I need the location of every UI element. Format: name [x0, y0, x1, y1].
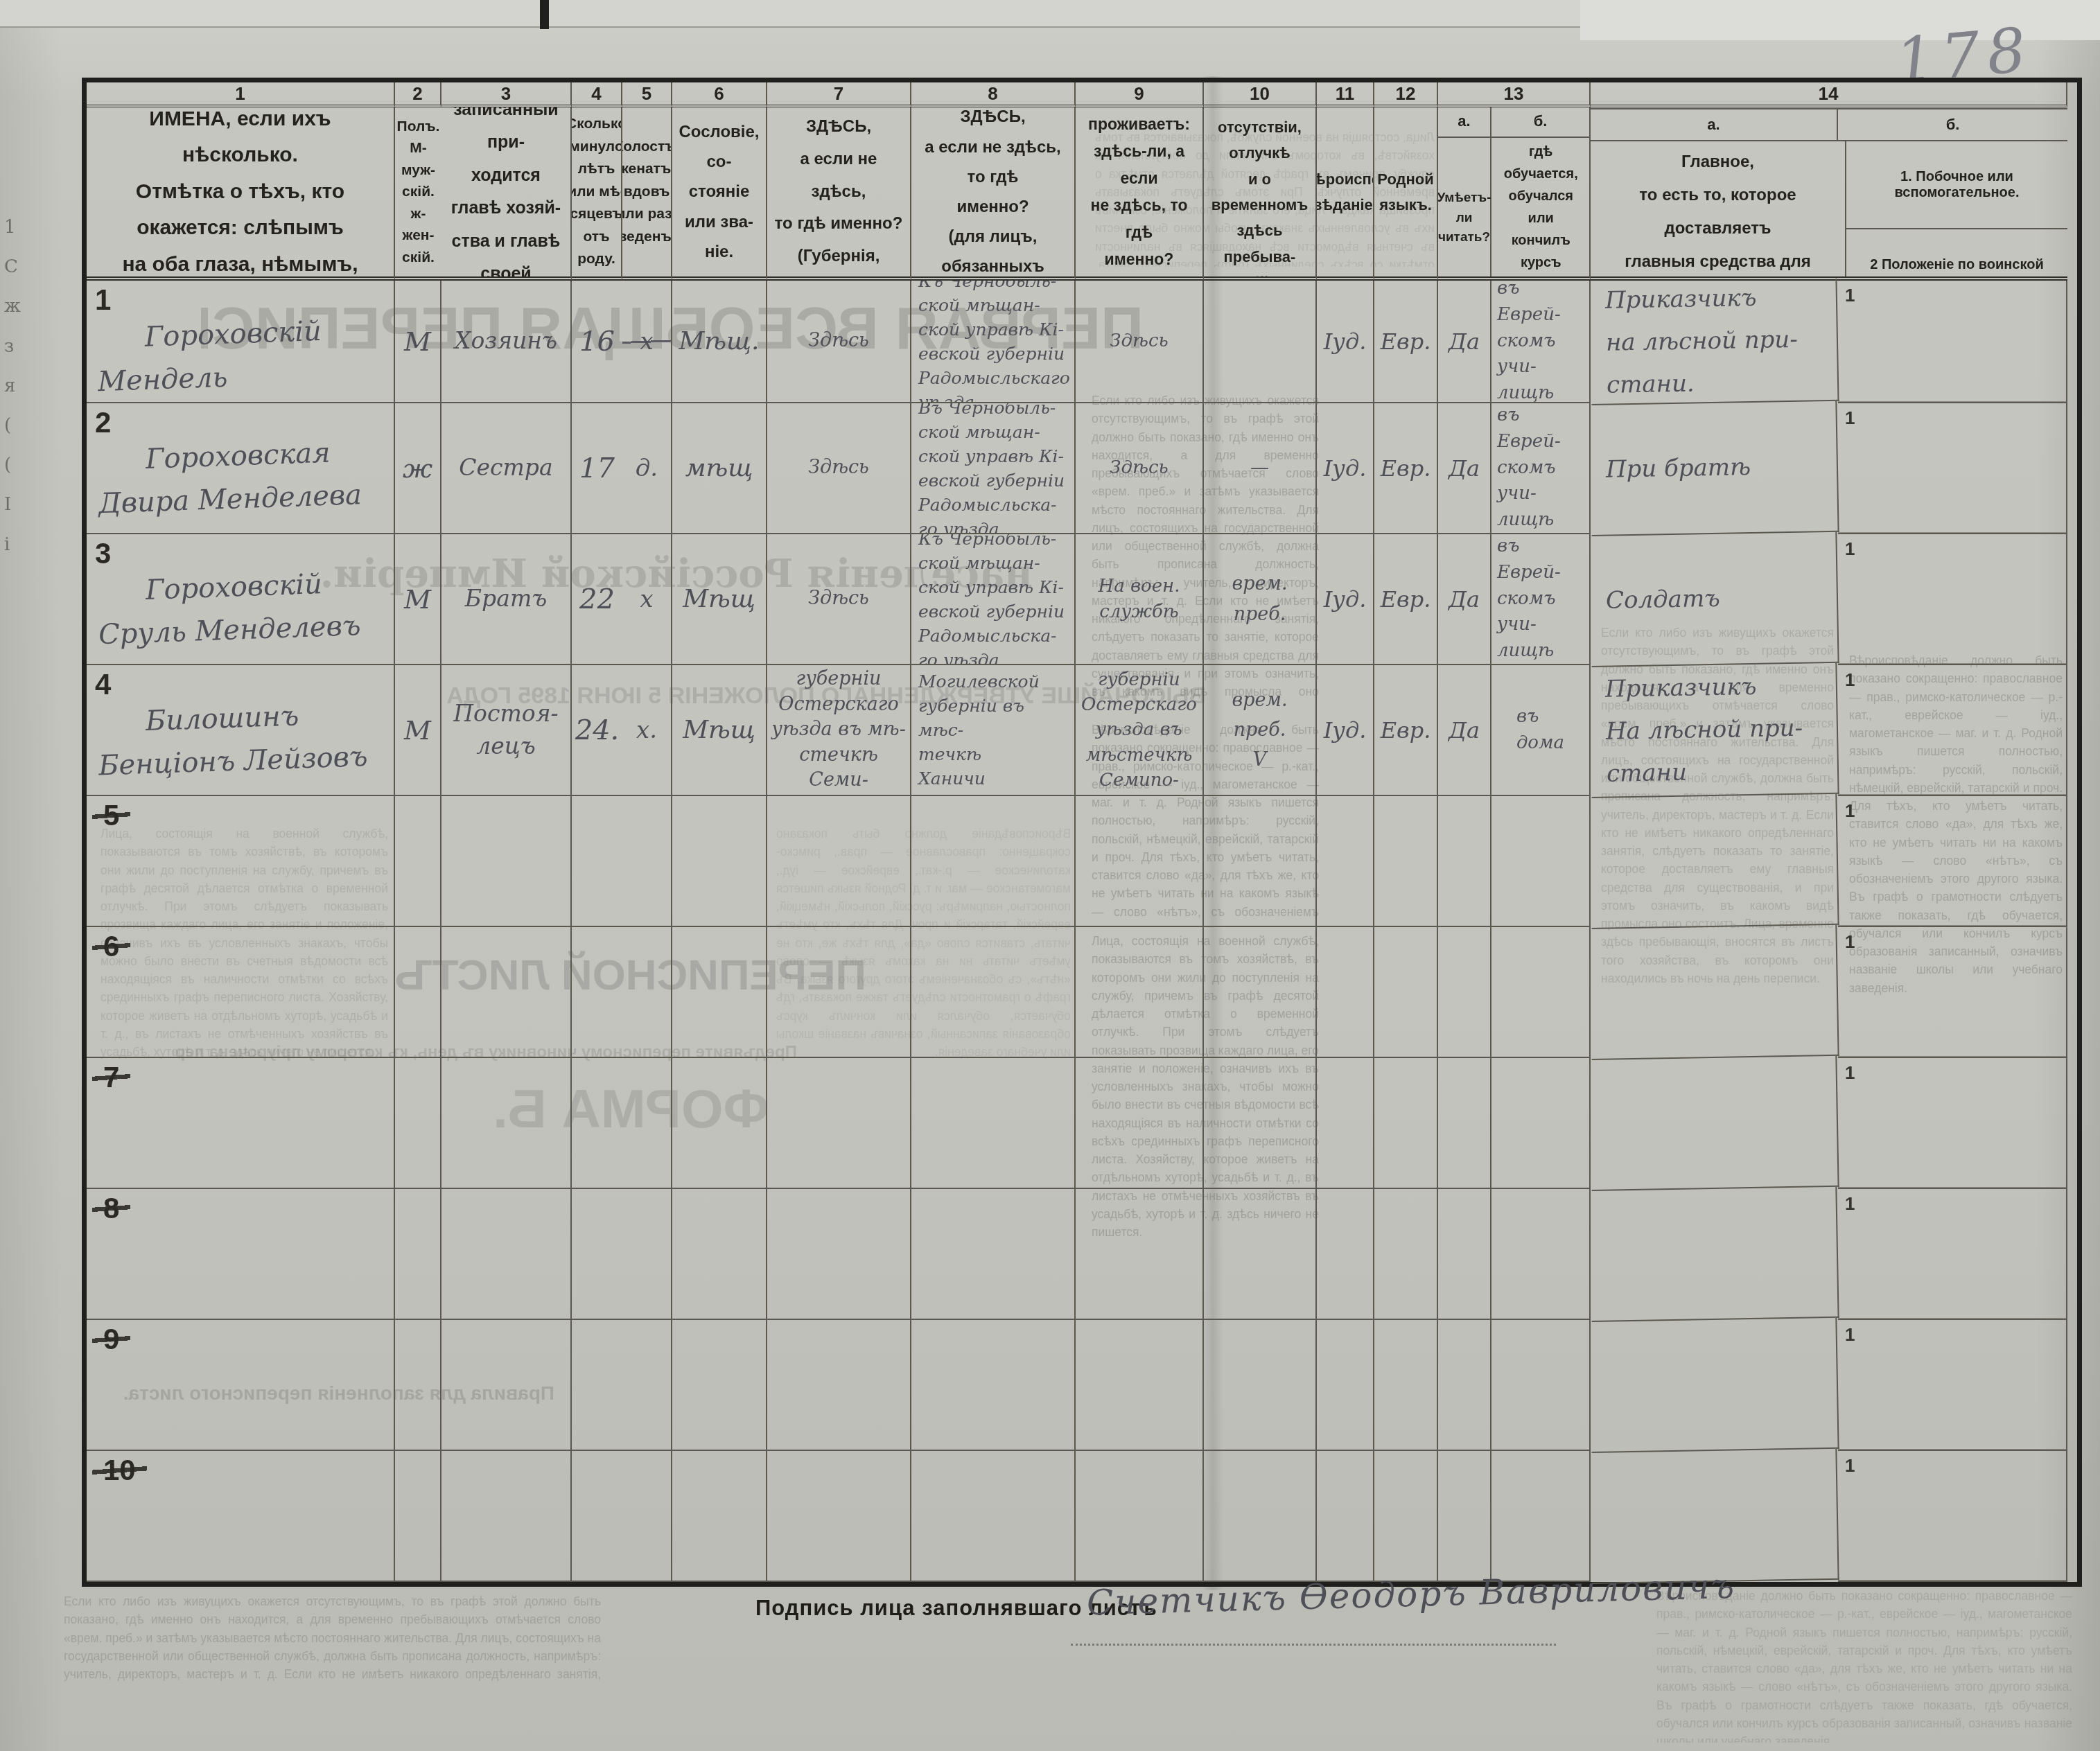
cell-language [1374, 1058, 1438, 1189]
subcell-side-occupation: 1 [1838, 1320, 2066, 1450]
cell-estate: мѣщ [672, 403, 767, 534]
header-residence: Гдѣ обыкновенно проживаетъ: здѣсь-ли, а … [1076, 107, 1204, 281]
cell-occupation-secondary: 1 2 [1838, 281, 2067, 403]
entry-age: 16 [579, 326, 615, 358]
column-number: 13 [1438, 82, 1591, 107]
cell-marital [622, 1451, 672, 1582]
cell-sex [395, 1451, 441, 1582]
cell-occupation-secondary: 1 2 [1838, 1189, 2067, 1320]
entry-education: въ дома [1516, 704, 1564, 756]
cell-sex [395, 796, 441, 927]
cell-residence [1076, 796, 1204, 927]
cell-absence: врем. преб. V [1204, 665, 1317, 796]
cell-education [1491, 1058, 1591, 1189]
cell-relation [441, 927, 572, 1058]
entry-name: Гороховскій Сруль Менделевъ [87, 561, 362, 657]
cell-registration [911, 1189, 1076, 1320]
entry-estate: Мѣщ [683, 716, 755, 744]
cell-registration [911, 1058, 1076, 1189]
column-number: 11 [1317, 82, 1374, 107]
census-sheet-scan: { "page": { "number": "178" }, "margin_t… [0, 0, 2100, 1751]
entry-registration: Къ Чернобыль- ской мѣщан- ской управѣ Кі… [918, 534, 1065, 665]
subcell-number-1: 1 [1845, 1324, 1855, 1346]
cell-age: 24. [572, 665, 622, 796]
cell-estate: Мѣщ. [672, 281, 767, 403]
cell-relation: Постоя- лецъ [441, 665, 572, 796]
entry-estate: мѣщ [685, 454, 753, 482]
header-age: Сколько минуло лѣтъ или мѣ- сяцевъ отъ р… [572, 107, 622, 281]
header-military-status: 2 Положеніе по воинской повинности. [1846, 229, 2067, 281]
cell-residence: На воен. службѣ [1076, 534, 1204, 665]
entry-age: 17 [579, 452, 615, 484]
entry-sex: М [404, 326, 431, 357]
subcell-number-1: 1 [1845, 538, 1855, 560]
entry-sex: М [404, 715, 431, 746]
cell-language [1374, 1320, 1438, 1451]
cell-relation [441, 1451, 572, 1582]
entry-language: Евр. [1381, 717, 1431, 743]
cell-absence [1204, 281, 1317, 403]
cell-residence [1076, 1451, 1204, 1582]
cell-age [572, 1189, 622, 1320]
cell-name: 4 Билошинъ Бенціонъ Лейзовъ [87, 665, 395, 796]
cell-name: 5 [87, 796, 395, 927]
entry-age: 22 [579, 583, 615, 615]
cell-residence [1076, 1058, 1204, 1189]
subcell-number-1: 1 [1845, 1062, 1855, 1084]
cell-marital: х. [622, 665, 672, 796]
column-number: 7 [767, 82, 911, 107]
cell-absence [1204, 927, 1317, 1058]
cell-name: 10 [87, 1451, 395, 1582]
header-literacy-a-label: а. [1438, 107, 1491, 137]
entry-birthplace: Черниговской губерніи Остерскаго уѣзда в… [767, 665, 910, 796]
subcell-number-1: 1 [1845, 1193, 1855, 1215]
cell-religion [1317, 1058, 1374, 1189]
header-occupation-a-label: а. [1591, 109, 1838, 140]
cell-name: 9 [87, 1320, 395, 1451]
header-relation: Какъ записанный при- ходится главѣ хозяй… [441, 107, 572, 281]
header-estate: Сословіе, со- стояніе или зва- ніе. [672, 107, 767, 281]
cell-age [572, 796, 622, 927]
cell-marital: х [622, 281, 672, 403]
cell-age: 17 [572, 403, 622, 534]
row-number: 6 [92, 930, 130, 963]
entry-can-read: Да [1449, 455, 1480, 482]
cell-birthplace [767, 1058, 911, 1189]
header-can-read: Умѣетъ- ли читать? [1438, 138, 1491, 281]
cell-estate [672, 1189, 767, 1320]
entry-language: Евр. [1381, 328, 1431, 355]
row-number: 1 [95, 283, 111, 317]
cell-name: 1 Гороховскій Мендель Менделевъ [87, 281, 395, 403]
cell-sex: М [395, 665, 441, 796]
cell-occupation [1589, 925, 1839, 1060]
row-number: 5 [92, 799, 130, 832]
header-education: гдѣ обучается, обучался или кончилъ курс… [1491, 138, 1591, 281]
entry-occupation: Приказчикъ на лѣсной при- стани. [1604, 279, 1799, 405]
cell-registration [911, 1320, 1076, 1451]
cell-age [572, 1451, 622, 1582]
cell-can-read [1438, 1189, 1491, 1320]
entry-sex: ж [403, 453, 432, 484]
cell-relation: Сестра [441, 403, 572, 534]
cell-absence [1204, 1189, 1317, 1320]
cell-occupation-secondary: 1 2 [1838, 665, 2067, 796]
subcell-side-occupation: 1 [1838, 927, 2066, 1057]
subcell-side-occupation: 1 [1838, 534, 2066, 664]
subcell-side-occupation: 1 [1838, 796, 2066, 926]
cell-occupation-secondary: 1 2 [1838, 534, 2067, 665]
cell-birthplace [767, 1320, 911, 1451]
entry-religion: Іуд. [1324, 586, 1367, 613]
entry-name: Гороховскій Мендель Менделевъ [87, 307, 395, 403]
cell-occupation: Приказчикъ на лѣсной при- стани. [1589, 279, 1839, 405]
cell-occupation-secondary: 1 2 [1838, 1320, 2067, 1451]
row-number: 9 [92, 1323, 130, 1356]
cell-residence: Здѣсь [1076, 403, 1204, 534]
cell-occupation-secondary: 1 2 [1838, 796, 2067, 927]
entry-marital: х. [636, 716, 657, 744]
cell-sex: М [395, 534, 441, 665]
cell-sex [395, 1058, 441, 1189]
entry-registration: Въ Чернобыль- ской мѣщан- ской управѣ Кі… [918, 403, 1065, 534]
cell-language: Евр. [1374, 534, 1438, 665]
cell-can-read [1438, 1058, 1491, 1189]
cell-marital [622, 927, 672, 1058]
cell-age [572, 1320, 622, 1451]
cell-can-read: Да [1438, 665, 1491, 796]
cell-residence: Здѣсь [1076, 281, 1204, 403]
header-name: ФАМИЛІЯ, (прозвище), ИМЯ и ОТЧЕСТВО или … [87, 107, 395, 281]
entry-relation: Постоя- лецъ [453, 698, 558, 762]
entry-education: въ Еврей- скомъ учи- лищѣ [1497, 534, 1584, 665]
cell-absence: врем. преб. [1204, 534, 1317, 665]
header-literacy-sublabels: а. б. [1438, 107, 1589, 138]
entry-can-read: Да [1449, 586, 1480, 613]
cell-sex: М [395, 281, 441, 403]
cell-occupation-secondary: 1 2 [1838, 1058, 2067, 1189]
header-language: Родной языкъ. [1374, 107, 1438, 281]
cell-language [1374, 1189, 1438, 1320]
header-birthplace: Родился-ли ЗДѢСЬ, а если не здѣсь, то гд… [767, 107, 911, 281]
cell-relation [441, 1058, 572, 1189]
cell-language: Евр. [1374, 403, 1438, 534]
cell-language: Евр. [1374, 281, 1438, 403]
cell-name: 6 [87, 927, 395, 1058]
cell-name: 2 Гороховская Двира Менделева [87, 403, 395, 534]
entry-age: 24. [575, 714, 620, 746]
cell-relation [441, 1320, 572, 1451]
census-table: 1 2 3 4 5 6 7 8 9 10 11 12 13 14 ФАМИЛІЯ… [82, 78, 2082, 1587]
cell-sex [395, 1320, 441, 1451]
cell-birthplace [767, 927, 911, 1058]
entry-language: Евр. [1381, 455, 1431, 482]
subcell-side-occupation: 1 [1838, 1451, 2066, 1581]
cell-education: въ Еврей- скомъ учи- лищѣ [1491, 534, 1591, 665]
entry-birthplace: Здѣсь [808, 586, 869, 611]
entry-relation: Братъ [465, 583, 547, 615]
entry-religion: Іуд. [1324, 455, 1367, 482]
cell-residence [1076, 927, 1204, 1058]
header-occupation-side: 1. Побочное или вспомогательное. [1846, 141, 2067, 229]
cell-name: 7 [87, 1058, 395, 1189]
subcell-number-1: 1 [1845, 285, 1855, 306]
cell-marital: х [622, 534, 672, 665]
entry-occupation: При братѣ [1605, 446, 1751, 491]
census-table-grid: 1 2 3 4 5 6 7 8 9 10 11 12 13 14 ФАМИЛІЯ… [87, 82, 2067, 1582]
entry-relation: Хозяинъ [455, 325, 557, 357]
cell-birthplace: Черниговской губерніи Остерскаго уѣзда в… [767, 665, 911, 796]
cell-occupation [1589, 1449, 1839, 1584]
column-number: 5 [622, 82, 672, 107]
entry-marital: д. [636, 455, 658, 482]
cell-can-read [1438, 1320, 1491, 1451]
entry-birthplace: Здѣсь [808, 328, 869, 353]
entry-sex: М [404, 584, 431, 615]
cell-age: 16 [572, 281, 622, 403]
cell-religion [1317, 1320, 1374, 1451]
cell-language [1374, 796, 1438, 927]
cell-registration [911, 1451, 1076, 1582]
cell-birthplace [767, 796, 911, 927]
left-margin-glyphs: 1 С ж з я ( ( І і [4, 208, 36, 565]
cell-can-read: Да [1438, 403, 1491, 534]
entry-religion: Іуд. [1324, 328, 1367, 355]
cell-estate [672, 927, 767, 1058]
cell-estate: Мѣщ [672, 534, 767, 665]
cell-estate [672, 1058, 767, 1189]
cell-name: 3 Гороховскій Сруль Менделевъ [87, 534, 395, 665]
cell-marital [622, 1189, 672, 1320]
cell-occupation: Солдатъ [1589, 532, 1839, 667]
row-number: 4 [95, 668, 111, 701]
cell-can-read [1438, 1451, 1491, 1582]
cell-marital [622, 1058, 672, 1189]
header-religion: Вѣроиспо- вѣданіе. [1317, 107, 1374, 281]
row-number: 8 [92, 1192, 130, 1225]
cell-religion [1317, 927, 1374, 1058]
cell-occupation-secondary: 1 2 [1838, 1451, 2067, 1582]
cell-occupation [1589, 1187, 1839, 1322]
entry-religion: Іуд. [1324, 717, 1367, 743]
entry-residence: Здѣсь [1110, 328, 1168, 353]
subcell-side-occupation: 1 [1838, 281, 2066, 402]
column-number: 6 [672, 82, 767, 107]
cell-registration: Въ Чернобыль- ской мѣщан- ской управѣ Кі… [911, 403, 1076, 534]
row-number: 2 [95, 406, 111, 439]
cell-relation: Братъ [441, 534, 572, 665]
cell-birthplace: Здѣсь [767, 403, 911, 534]
header-marital: Холостъ, женатъ, вдовъ или раз- веденъ. [622, 107, 672, 281]
entry-absence: — [1250, 453, 1269, 483]
header-occupation-secondary: 1. Побочное или вспомогательное. 2 Полож… [1846, 141, 2067, 281]
header-occupation-main: Главное, то есть то, которое доставляетъ… [1591, 141, 1846, 281]
cell-marital [622, 1320, 672, 1451]
cell-religion: Іуд. [1317, 281, 1374, 403]
column-number: 9 [1076, 82, 1204, 107]
column-number: 14 [1591, 82, 2067, 107]
cell-education [1491, 927, 1591, 1058]
cell-absence: — [1204, 403, 1317, 534]
entry-name: Гороховская Двира Менделева [87, 430, 362, 526]
entry-registration: Къ Чернобыль- ской мѣщан- ской управѣ Кі… [918, 281, 1070, 403]
entry-education: въ Еврей- скомъ учи- лищѣ [1497, 281, 1584, 403]
cell-birthplace: Здѣсь [767, 281, 911, 403]
header-registration: Приписанъ-ли ЗДѢСЬ, а если не здѣсь, то … [911, 107, 1076, 281]
column-number: 4 [572, 82, 622, 107]
cell-religion [1317, 1451, 1374, 1582]
cell-education [1491, 796, 1591, 927]
cell-estate: Мѣщ [672, 665, 767, 796]
cell-occupation-secondary: 1 2 [1838, 927, 2067, 1058]
cell-religion: Іуд. [1317, 534, 1374, 665]
cell-sex: ж [395, 403, 441, 534]
cell-registration: Могилевской губерніи въ мѣс- течкѣ Ханич… [911, 665, 1076, 796]
column-number: 8 [911, 82, 1076, 107]
cell-can-read [1438, 927, 1491, 1058]
cell-language [1374, 927, 1438, 1058]
entry-estate: Мѣщ [683, 585, 755, 613]
cell-registration [911, 927, 1076, 1058]
entry-can-read: Да [1449, 328, 1480, 355]
column-number: 1 [87, 82, 395, 107]
cell-relation [441, 796, 572, 927]
cell-residence [1076, 1320, 1204, 1451]
subcell-number-1: 1 [1845, 931, 1855, 953]
header-occupation-body: Главное, то есть то, которое доставляетъ… [1591, 141, 2067, 281]
column-number: 3 [441, 82, 572, 107]
cell-residence: Черниговск. губерніи Остерскаго уѣзда въ… [1076, 665, 1204, 796]
cell-registration: Къ Чернобыль- ской мѣщан- ской управѣ Кі… [911, 534, 1076, 665]
cell-religion: Іуд. [1317, 665, 1374, 796]
header-literacy-b-label: б. [1491, 107, 1589, 137]
cell-education [1491, 1189, 1591, 1320]
cell-occupation [1589, 1056, 1839, 1191]
cell-age [572, 1058, 622, 1189]
entry-registration: Могилевской губерніи въ мѣс- течкѣ Ханич… [918, 669, 1067, 791]
cell-absence [1204, 1058, 1317, 1189]
cell-absence [1204, 1320, 1317, 1451]
entry-residence: Здѣсь [1110, 455, 1168, 480]
entry-marital: х [622, 328, 672, 355]
cell-education: въ Еврей- скомъ учи- лищѣ [1491, 403, 1591, 534]
column-number: 10 [1204, 82, 1317, 107]
cell-sex [395, 1189, 441, 1320]
subcell-number-1: 1 [1845, 800, 1855, 822]
entry-relation: Сестра [459, 452, 552, 484]
cell-estate [672, 1451, 767, 1582]
cell-language: Евр. [1374, 665, 1438, 796]
cell-occupation-secondary: 1 2 [1838, 403, 2067, 534]
entry-can-read: Да [1449, 717, 1480, 743]
cell-birthplace [767, 1451, 911, 1582]
binding-mark [540, 0, 549, 29]
cell-marital: д. [622, 403, 672, 534]
cell-registration [911, 796, 1076, 927]
cell-occupation: При братѣ [1589, 401, 1839, 536]
row-number: 10 [92, 1454, 147, 1487]
cell-religion [1317, 796, 1374, 927]
cell-registration: Къ Чернобыль- ской мѣщан- ской управѣ Кі… [911, 281, 1076, 403]
cell-education: въ Еврей- скомъ учи- лищѣ [1491, 281, 1591, 403]
subcell-side-occupation: 1 [1838, 1189, 2066, 1319]
subcell-number-1: 1 [1845, 669, 1855, 691]
cell-can-read: Да [1438, 281, 1491, 403]
bleedthrough-text-block: Вѣроисповѣданіе должно быть показано сок… [1656, 1587, 2072, 1743]
subcell-number-1: 1 [1845, 1455, 1855, 1477]
cell-relation: Хозяинъ [441, 281, 572, 403]
entry-education: въ Еврей- скомъ учи- лищѣ [1497, 403, 1584, 534]
entry-name: Билошинъ Бенціонъ Лейзовъ [87, 692, 369, 788]
cell-religion: Іуд. [1317, 403, 1374, 534]
row-number: 7 [92, 1061, 130, 1094]
entry-absence: врем. преб. V [1204, 685, 1315, 775]
cell-education [1491, 1451, 1591, 1582]
cell-can-read: Да [1438, 534, 1491, 665]
cell-age: 22 [572, 534, 622, 665]
entry-residence: Черниговск. губерніи Остерскаго уѣзда въ… [1080, 665, 1197, 796]
cell-birthplace [767, 1189, 911, 1320]
entry-estate: Мѣщ. [679, 327, 759, 355]
cell-estate [672, 1320, 767, 1451]
cell-can-read [1438, 796, 1491, 927]
bleedthrough-text-block: Если кто либо изъ живущихъ окажется отсу… [64, 1592, 601, 1686]
cell-birthplace: Здѣсь [767, 534, 911, 665]
cell-estate [672, 796, 767, 927]
cell-religion [1317, 1189, 1374, 1320]
cell-absence [1204, 1451, 1317, 1582]
entry-absence: врем. преб. [1204, 569, 1315, 628]
cell-education [1491, 1320, 1591, 1451]
signature-dotted-line [1071, 1644, 1556, 1646]
header-occupation-sublabels: а. б. [1591, 109, 2067, 141]
header-absence: Отмѣтка объ отсутствіи, отлучкѣ и о врем… [1204, 107, 1317, 281]
header-occupation-b-label: б. [1838, 109, 2067, 140]
header-sex: Полъ. М-муж- скій. ж-жен- скій. [395, 107, 441, 281]
row-number: 3 [95, 537, 111, 570]
header-literacy: Грамотность. а. б. Умѣетъ- ли читать? гд… [1438, 107, 1591, 281]
subcell-number-1: 1 [1845, 407, 1855, 429]
subcell-side-occupation: 1 [1838, 665, 2066, 795]
cell-education: въ дома [1491, 665, 1591, 796]
entry-language: Евр. [1381, 586, 1431, 613]
column-number: 12 [1374, 82, 1438, 107]
cell-name: 8 [87, 1189, 395, 1320]
header-occupation: Занятіе, ремесло, промыселъ, должность и… [1591, 107, 2067, 281]
entry-occupation: Солдатъ [1605, 578, 1720, 622]
cell-absence [1204, 796, 1317, 927]
header-literacy-body: Умѣетъ- ли читать? гдѣ обучается, обучал… [1438, 138, 1589, 281]
subcell-side-occupation: 1 [1838, 403, 2066, 533]
cell-occupation [1589, 794, 1839, 929]
subcell-side-occupation: 1 [1838, 1058, 2066, 1188]
cell-marital [622, 796, 672, 927]
cell-residence [1076, 1189, 1204, 1320]
entry-birthplace: Здѣсь [808, 455, 869, 480]
cell-relation [441, 1189, 572, 1320]
cell-occupation: Приказчикъ На лѣсной при- стани [1589, 663, 1839, 798]
cell-language [1374, 1451, 1438, 1582]
entry-occupation: Приказчикъ На лѣсной при- стани [1604, 665, 1803, 795]
cell-occupation [1589, 1318, 1839, 1453]
entry-marital: х [640, 586, 653, 613]
cell-sex [395, 927, 441, 1058]
cell-age [572, 927, 622, 1058]
column-number: 2 [395, 82, 441, 107]
entry-residence: На воен. службѣ [1098, 574, 1180, 624]
